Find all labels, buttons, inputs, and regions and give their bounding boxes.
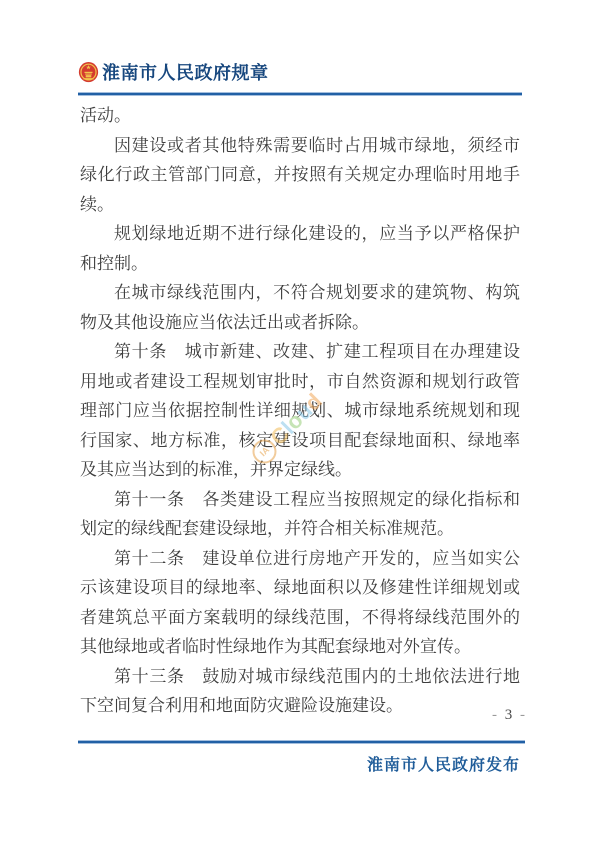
paragraph-article-11: 第十一条 各类建设工程应当按照规定的绿化指标和划定的绿线配套建设绿地，并符合相关… [80,485,520,544]
document-body: 活动。 因建设或者其他特殊需要临时占用城市绿地，须经市绿化行政主管部门同意，并按… [80,101,520,721]
header-title: 淮南市人民政府规章 [102,59,269,85]
national-emblem-icon [78,61,99,84]
paragraph: 因建设或者其他特殊需要临时占用城市绿地，须经市绿化行政主管部门同意，并按照有关规… [80,131,520,220]
paragraph-article-12: 第十二条 建设单位进行房地产开发的，应当如实公示该建设项目的绿地率、绿地面积以及… [80,544,520,662]
footer-rule [78,740,525,744]
header-rule [78,92,522,96]
paragraph: 规划绿地近期不进行绿化建设的，应当予以严格保护和控制。 [80,219,520,278]
paragraph: 在城市绿线范围内，不符合规划要求的建筑物、构筑物及其他设施应当依法迁出或者拆除。 [80,278,520,337]
paragraph: 活动。 [80,101,520,131]
paragraph-article-10: 第十条 城市新建、改建、扩建工程项目在办理建设用地或者建设工程规划审批时，市自然… [80,337,520,485]
page-number: - 3 - [80,707,527,724]
page-number-dash: - [492,707,499,723]
page-header: 淮南市人民政府规章 [78,59,522,96]
page-number-value: 3 [505,707,515,723]
publisher-text: 淮南市人民政府发布 [80,752,520,775]
page-number-dash: - [520,707,527,723]
